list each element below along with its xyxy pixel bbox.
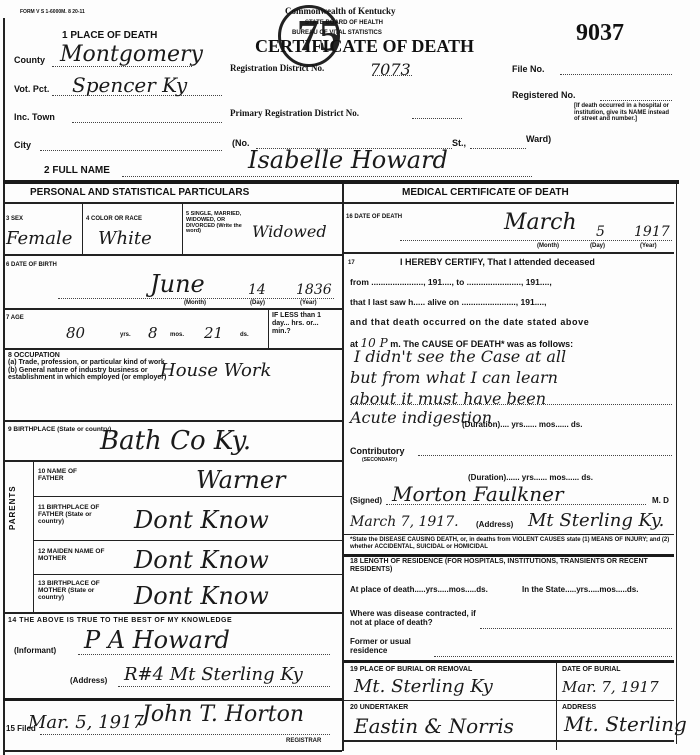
vot-pct-label: Vot. Pct. <box>14 84 49 94</box>
contracted-line: Where was disease contracted, if not at … <box>350 610 490 628</box>
former-residence-line: Former or usual residence <box>350 638 450 656</box>
left-border <box>3 18 5 755</box>
cause-line-1: I didn't see the Case at all <box>354 347 566 366</box>
mother-birthplace-value: Dont Know <box>134 582 269 610</box>
informant-value: P A Howard <box>84 626 230 654</box>
vot-pct-value: Spencer Ky <box>72 73 187 97</box>
sex-label: 3 SEX <box>6 216 23 222</box>
dod-month: March <box>504 210 577 235</box>
death-certificate: FORM V S 1-6000M. 8 20-11 1 PLACE OF DEA… <box>0 0 700 755</box>
parents-side-label: PARENTS <box>8 480 32 610</box>
dob-year-caption: (Year) <box>300 300 317 306</box>
sex-value: Female <box>6 228 72 249</box>
from-to-line: from ......................, 191...., to… <box>350 277 552 287</box>
signed-label: (Signed) <box>350 496 382 505</box>
header-divider <box>3 180 679 184</box>
father-birthplace-label: 11 BIRTHPLACE OF FATHER (State or countr… <box>38 504 108 525</box>
informant-address-label: (Address) <box>70 676 107 685</box>
burial-date-label: DATE OF BURIAL <box>562 666 621 673</box>
burial-place-label: 19 PLACE OF BURIAL OR REMOVAL <box>350 666 472 673</box>
marital-value: Widowed <box>252 222 327 241</box>
at-place-line: At place of death.....yrs.....mos.....ds… <box>350 586 500 595</box>
ward-label: Ward) <box>526 134 551 144</box>
st-label: St., <box>452 138 466 148</box>
registrar-signature: John T. Horton <box>142 702 304 727</box>
father-name-value: Warner <box>196 466 286 494</box>
board-of-health: STATE BOARD OF HEALTH <box>305 20 383 26</box>
cause-line-2: but from what I can learn <box>350 368 558 387</box>
certify-text: I HEREBY CERTIFY, That I attended deceas… <box>400 257 595 267</box>
county-label: County <box>14 55 45 65</box>
dob-day: 14 <box>248 282 266 298</box>
color-value: White <box>98 228 152 249</box>
full-name-label: 2 FULL NAME <box>44 165 110 176</box>
certificate-title: CERTIFICATE OF DEATH <box>255 36 474 57</box>
less-than-day-label: IF LESS than 1 day... hrs. or... min.? <box>272 312 338 336</box>
certify-number: 17 <box>348 260 355 266</box>
undertaker-label: 20 UNDERTAKER <box>350 704 408 711</box>
undertaker-address-value: Mt. Sterling <box>564 712 687 736</box>
place-of-death-label: 1 PLACE OF DEATH <box>62 30 157 41</box>
physician-address-value: Mt Sterling Ky. <box>528 510 664 531</box>
mother-maiden-label: 12 MAIDEN NAME OF MOTHER <box>38 548 128 562</box>
age-mos-caption: mos. <box>170 332 184 338</box>
right-border <box>676 184 677 744</box>
hospital-note: [If death occurred in a hospital or inst… <box>574 103 674 123</box>
column-divider <box>342 184 344 751</box>
cause-line-3: about it must have been <box>350 389 546 408</box>
informant-label: (Informant) <box>14 646 56 655</box>
age-label: 7 AGE <box>6 315 24 321</box>
dob-year: 1836 <box>296 282 332 298</box>
dod-day-caption: (Day) <box>590 243 605 249</box>
medical-section-title: MEDICAL CERTIFICATE OF DEATH <box>402 187 569 198</box>
dob-label: 6 DATE OF BIRTH <box>6 262 57 268</box>
dob-month-caption: (Month) <box>184 300 206 306</box>
reg-district-value: 7073 <box>370 60 411 79</box>
dob-day-caption: (Day) <box>250 300 265 306</box>
mother-maiden-value: Dont Know <box>134 546 269 574</box>
no-label: (No. <box>232 138 250 148</box>
registered-no-label: Registered No. <box>512 90 576 100</box>
dob-month: June <box>150 270 205 298</box>
age-ds-caption: ds. <box>240 332 249 338</box>
certificate-number: 9037 <box>576 20 624 47</box>
color-label: 4 COLOR OR RACE <box>86 216 142 222</box>
state-name: Commonwealth of Kentucky <box>285 6 396 16</box>
age-days: 21 <box>204 324 223 342</box>
duration-line-1: (Duration).... yrs...... mos...... ds. <box>462 420 582 429</box>
secondary-caption: (SECONDARY) <box>362 457 397 463</box>
in-state-line: In the State.....yrs.....mos.....ds. <box>522 586 672 595</box>
last-saw-line: that I last saw h..... alive on ........… <box>350 297 547 307</box>
registrar-caption: REGISTRAR <box>286 738 321 744</box>
birthplace-value: Bath Co Ky. <box>100 426 251 456</box>
undertaker-value: Eastin & Norris <box>354 714 514 738</box>
father-name-label: 10 NAME OF FATHER <box>38 468 98 482</box>
reg-district-label: Registration District No. <box>230 63 324 73</box>
cause-footnote: *State the DISEASE CAUSING DEATH, or, in… <box>350 537 674 550</box>
mother-birthplace-label: 13 BIRTHPLACE OF MOTHER (State or countr… <box>38 580 118 601</box>
physician-signature: Morton Faulkner <box>392 482 564 506</box>
occupation-label: 8 OCCUPATION (a) Trade, profession, or p… <box>8 352 168 381</box>
dod-year-caption: (Year) <box>640 243 657 249</box>
burial-date-value: Mar. 7, 1917 <box>562 678 659 696</box>
county-value: Montgomery <box>60 42 203 67</box>
file-no-label: File No. <box>512 64 545 74</box>
marital-label: 5 SINGLE, MARRIED, WIDOWED, OR DIVORCED … <box>186 212 246 235</box>
occurred-line: and that death occurred on the date stat… <box>350 317 589 327</box>
form-number: FORM V S 1-6000M. 8 20-11 <box>20 9 85 15</box>
full-name-value: Isabelle Howard <box>248 146 448 174</box>
dod-month-caption: (Month) <box>537 243 559 249</box>
birthplace-label: 9 BIRTHPLACE (State or country) <box>8 426 111 433</box>
duration-line-2: (Duration)...... yrs...... mos...... ds. <box>468 473 593 482</box>
contributory-label: Contributory <box>350 446 405 456</box>
age-months: 8 <box>148 324 158 342</box>
filed-value: Mar. 5, 1917 <box>28 712 144 733</box>
inc-town-label: Inc. Town <box>14 112 55 122</box>
dod-year: 1917 <box>634 224 670 240</box>
informant-address-value: R#4 Mt Sterling Ky <box>124 664 303 685</box>
father-birthplace-value: Dont Know <box>134 506 269 534</box>
primary-reg-label: Primary Registration District No. <box>230 108 359 118</box>
age-yrs-caption: yrs. <box>120 332 131 338</box>
age-years: 80 <box>66 324 85 342</box>
residence-label: 18 LENGTH OF RESIDENCE (FOR HOSPITALS, I… <box>350 558 670 573</box>
city-label: City <box>14 140 31 150</box>
dod-day: 5 <box>596 224 605 240</box>
md-label: M. D <box>652 496 669 505</box>
occupation-value: House Work <box>160 360 271 381</box>
dod-label: 16 DATE OF DEATH <box>346 214 402 220</box>
physician-address-label: (Address) <box>476 520 513 529</box>
personal-section-title: PERSONAL AND STATISTICAL PARTICULARS <box>30 187 249 198</box>
undertaker-address-label: ADDRESS <box>562 704 596 711</box>
burial-place-value: Mt. Sterling Ky <box>354 676 493 697</box>
attest-label: 14 THE ABOVE IS TRUE TO THE BEST OF MY K… <box>8 617 232 624</box>
signed-date: March 7, 1917. <box>350 514 459 530</box>
